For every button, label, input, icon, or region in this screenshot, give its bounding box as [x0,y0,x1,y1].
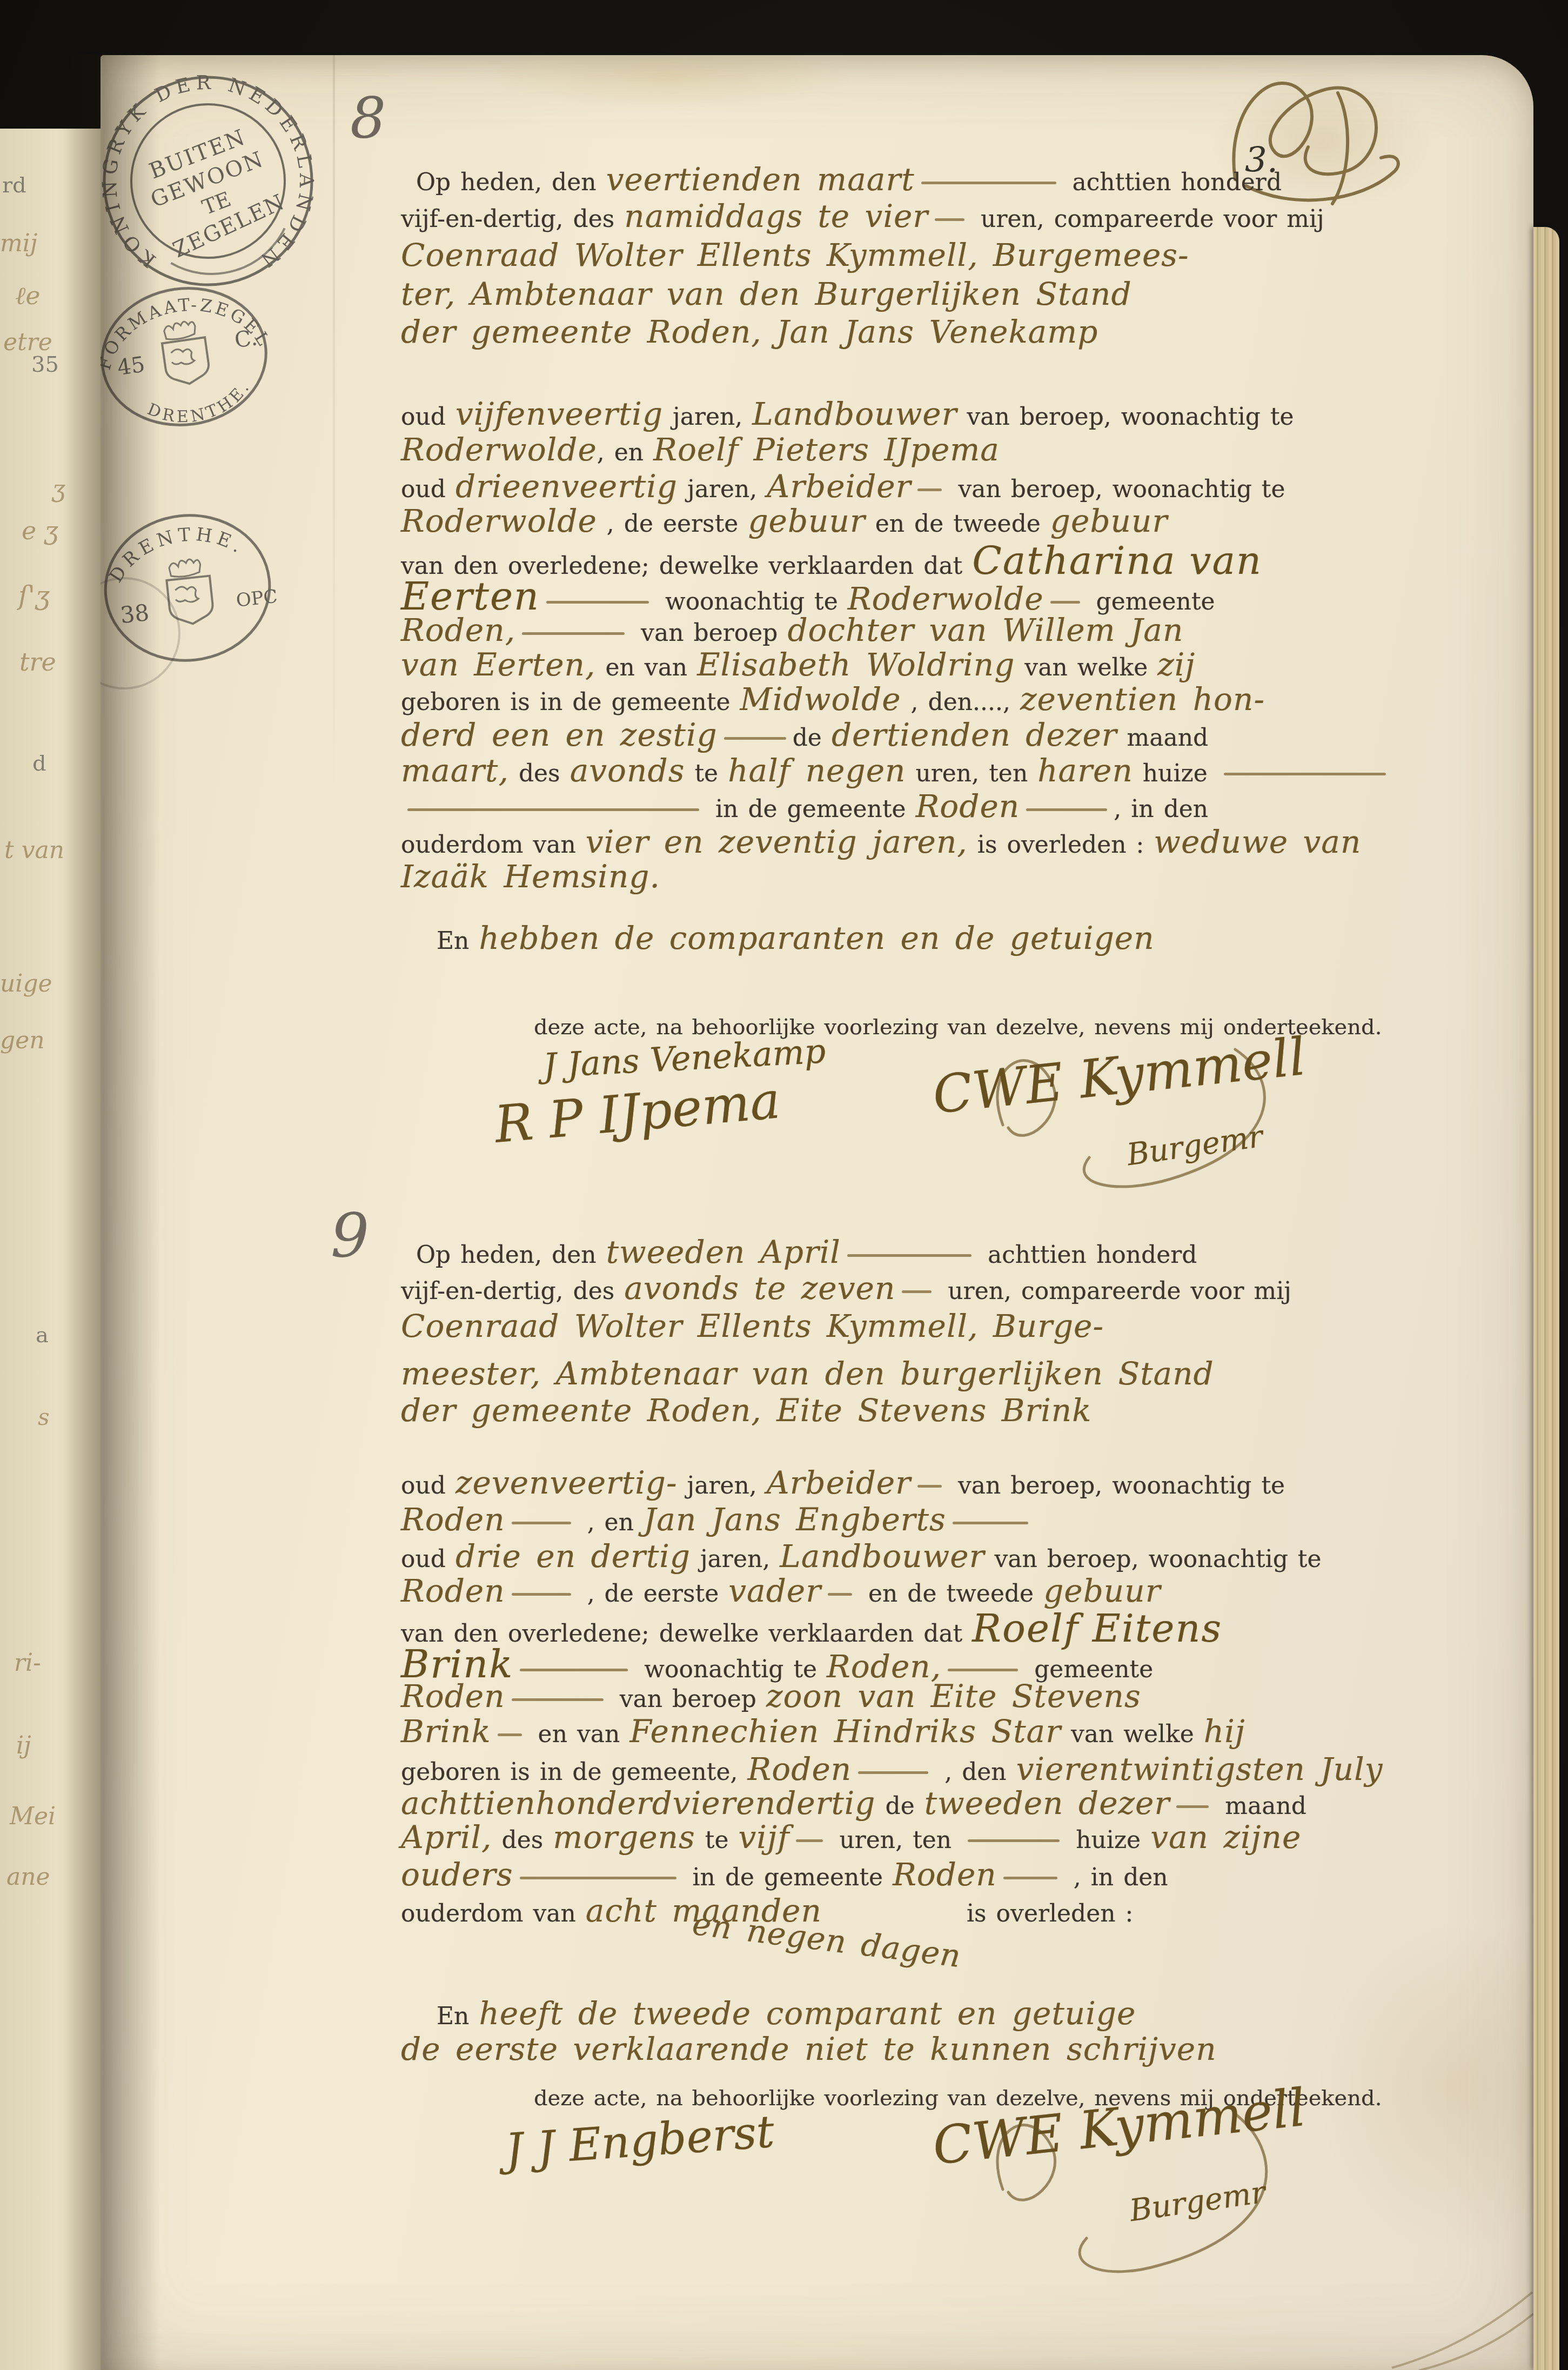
printed-form-text: van beroep, woonachtig te [984,1545,1321,1573]
handwritten-text: Izaäk Hemsing. [401,858,660,895]
entry-9-line-21: de eerste verklaarende niet te kunnen sc… [401,2031,1217,2067]
ink-dash [1026,808,1107,811]
entry-margin-number-9: 9 [331,1201,369,1271]
handwritten-text: heeft de tweede comparant en getuige [479,1995,1136,2032]
printed-form-text: achttien honderd [978,1241,1197,1269]
adjacent-page-fragment: s [38,1404,50,1430]
handwritten-text: Brink [401,1713,491,1750]
adjacent-page-fragment: d [32,751,46,776]
handwritten-text: Roden, [401,612,515,648]
ink-dash [828,1593,852,1596]
handwritten-text: veertienden maart [606,161,915,198]
signature: R P IJpema [492,1071,782,1155]
printed-form-text: jaren, [678,1472,767,1499]
printed-form-text: uren, ten [829,1826,961,1854]
entry-8-line-3: Coenraad Wolter Ellents Kymmell, Burgeme… [401,237,1189,273]
handwritten-text: Roden [748,1751,852,1787]
ink-dash [1050,601,1080,604]
signature: J J Engberst [504,2106,776,2177]
printed-form-text: maand [1215,1792,1306,1820]
entry-9-line-20: En heeft de tweede comparant en getuige [437,1995,1136,2032]
printed-form-text: , de eerste [597,510,748,538]
adjacent-page-fragment: ſ'ʒ [18,581,50,611]
page-stack-edge [1533,227,1559,2370]
ink-dash [917,488,942,491]
printed-form-text: En [437,927,479,955]
handwritten-text: Roderwolde [401,503,597,539]
printed-form-text: van beroep [631,619,787,647]
handwritten-text: zevenveertig- [455,1464,678,1501]
handwritten-text: van Eerten, [401,646,595,683]
handwritten-text: morgens [553,1819,695,1856]
adjacent-page-fragment: Mei [10,1803,56,1830]
register-page: KONINGRYK DER NEDERLANDEN BUITEN GEWOON … [100,55,1533,2370]
ink-dash [512,1698,604,1701]
handwritten-text: Coenraad Wolter Ellents Kymmell, Burgeme… [401,237,1189,273]
printed-form-text: , en [578,1509,644,1536]
entry-9-line-4: meester, Ambtenaar van den burgerlijken … [401,1355,1214,1392]
handwritten-text: Roderwolde [401,431,597,468]
ink-dash [847,1254,971,1257]
ink-dash [520,1877,676,1879]
handwritten-text: avonds [570,752,685,789]
handwritten-text: Jan Jans Engberts [644,1501,946,1538]
ink-dash [902,1290,932,1293]
handwritten-text: namiddags te vier [624,198,928,235]
handwritten-text: Roden [401,1678,505,1715]
ink-dash [935,218,964,221]
entry-8-line-14: geboren is in de gemeente Midwolde , den… [401,681,1265,718]
ink-dash [968,1839,1060,1842]
stamp-value: 45 [116,352,146,381]
handwritten-text: der gemeente Roden, Eite Stevens Brink [401,1392,1091,1429]
printed-form-text: , en [597,439,653,466]
printed-form-text: jaren, [678,476,767,503]
printed-form-text: van welke [1061,1720,1204,1748]
handwritten-text: vijf [739,1819,790,1856]
handwritten-text: Fennechien Hindriks Star [629,1713,1061,1750]
printed-form-text: geboren is in de gemeente, [401,1758,748,1786]
handwritten-text: de eerste verklaarende niet te kunnen sc… [401,2031,1217,2067]
handwritten-text: vier en zeventig jaren, [586,824,968,860]
printed-form-text: uren, compareerde voor mij [938,1277,1291,1305]
printed-form-text: vijf-en-dertig, des [401,205,624,233]
printed-form-text: des [492,1826,553,1854]
entry-9-line-3: Coenraad Wolter Ellents Kymmell, Burge- [401,1308,1104,1344]
ink-dash [948,1669,1018,1671]
printed-form-text: van beroep, woonachtig te [948,1472,1285,1499]
adjacent-page-fragment: e ʒ [22,516,58,545]
printed-form-text: en van [528,1720,630,1748]
ink-dash [512,1593,571,1596]
entry-8-line-8: oud drieenveertig jaren, Arbeider van be… [401,468,1285,505]
facing-page-sliver [0,129,100,2370]
entry-9-line-15: achttienhonderdvierendertig de tweeden d… [401,1785,1306,1822]
handwritten-text: ouders [401,1856,513,1893]
handwritten-text: zij [1157,646,1195,683]
ink-dash [953,1522,1028,1524]
printed-form-text: jaren, [691,1545,780,1573]
ink-dash [512,1522,571,1524]
entry-9-line-9: Roden , de eerste vader en de tweede geb… [401,1572,1161,1609]
stamp-formaat-zegel: FORMAAT-ZEGEL. DRENTHE. 45 C. [100,270,283,445]
printed-form-text: van beroep, woonachtig te [948,476,1285,503]
printed-form-text: de [793,724,832,752]
adjacent-page-fragment: ri- [14,1649,41,1677]
entry-9-line-5: der gemeente Roden, Eite Stevens Brink [401,1392,1091,1429]
printed-form-text: van beroep [610,1685,766,1713]
printed-form-text: , den...., [901,688,1020,716]
entry-8-line-7: Roderwolde, en Roelf Pieters IJpema [401,431,1000,468]
handwritten-text: gebuur [748,503,865,539]
svg-text:DRENTHE.: DRENTHE. [100,518,253,588]
handwritten-text: Roden [401,1501,505,1538]
handwritten-text: weduwe van [1154,824,1361,860]
handwritten-text: tweeden dezer [924,1785,1170,1822]
handwritten-text: Arbeider [767,1464,911,1501]
printed-form-text: en de tweede [866,510,1050,538]
adjacent-page-fragment: ane [6,1863,50,1891]
printed-form-text: is overleden : [968,831,1154,859]
printed-form-text: oud [401,403,455,431]
entry-8-line-20: En hebben de comparanten en de getuigen [437,920,1155,956]
svg-text:DRENTHE.: DRENTHE. [141,375,259,432]
printed-form-text: en van [595,654,697,681]
entry-9-line-7: Roden , en Jan Jans Engberts [401,1501,1035,1538]
handwritten-text: half negen [728,752,906,789]
adjacent-page-fragment: ij [16,1732,31,1759]
entry-9-line-2: vijf-en-dertig, des avonds te zeven uren… [401,1270,1291,1307]
printed-form-text: ouderdom van [401,831,586,859]
handwritten-text: dochter van Willem Jan [787,612,1183,648]
ink-dash [858,1771,928,1774]
handwritten-text: hij [1204,1713,1245,1750]
entry-8-line-12: Roden, van beroep dochter van Willem Jan [401,612,1183,648]
handwritten-text: gebuur [1043,1572,1161,1609]
stamp-value: OPC [235,586,279,612]
adjacent-page-fragment: ʒ [52,476,65,503]
entry-9-line-13: Brink en van Fennechien Hindriks Star va… [401,1713,1245,1750]
handwritten-text: hebben de comparanten en de getuigen [479,920,1154,956]
handwritten-text: derd een en zestig [401,717,718,753]
handwritten-text: maart, [401,752,509,789]
stamp-arc-text: DRENTHE. [141,375,259,432]
entry-8-line-1: Op heden, den veertienden maart achttien… [416,161,1282,198]
printed-form-text: jaren, [663,403,752,431]
paper-stain [479,55,857,109]
printed-form-text: oud [401,1545,455,1573]
printed-form-text: des [509,760,570,787]
printed-form-text: vijf-en-dertig, des [401,1277,624,1305]
handwritten-text: gebuur [1050,503,1168,539]
entry-8-line-4: ter, Ambtenaar van den Burgerlijken Stan… [401,276,1132,312]
entry-8-line-16: maart, des avonds te half negen uren, te… [401,752,1392,789]
printed-form-text: Op heden, den [416,169,606,196]
handwritten-text: avonds te zeven [624,1270,895,1307]
handwritten-text: Coenraad Wolter Ellents Kymmell, Burge- [401,1308,1104,1344]
ink-dash [1224,773,1386,775]
handwritten-text: April, [401,1819,492,1856]
handwritten-text: tweeden April [606,1234,841,1270]
entry-8-line-6: oud vijfenveertig jaren, Landbouwer van … [401,396,1294,432]
printed-form-text: , in den [1064,1864,1168,1891]
ink-dash [407,808,699,811]
handwritten-text: achttienhonderdvierendertig [401,1785,876,1822]
entry-8-line-15: derd een en zestigde dertienden dezer ma… [401,717,1208,753]
ink-dash [796,1839,823,1842]
entry-8-line-9: Roderwolde , de eerste gebuur en de twee… [401,503,1168,539]
entry-margin-number-8: 8 [350,85,386,151]
handwritten-text: drieenveertig [455,468,678,505]
adjacent-page-fragment: rd [2,173,26,198]
stamp-drenthe-38: DRENTHE. 38 OPC [100,499,285,677]
printed-form-text: geboren is in de gemeente [401,688,740,716]
handwritten-text: vader [728,1572,821,1609]
entry-8-line-19: Izaäk Hemsing. [401,858,660,895]
handwritten-text: zeventien hon- [1020,681,1265,718]
adjacent-page-fragment: 35 [31,352,59,377]
ink-dash [917,1485,942,1488]
adjacent-page-fragment: uige [0,970,52,997]
printed-form-text: ouderdom van [401,1900,586,1927]
printed-form-text: in de gemeente [683,1864,893,1891]
entry-9-line-12: Roden van beroep zoon van Eite Stevens [401,1678,1141,1715]
adjacent-page-fragment: ℓe [15,281,40,310]
printed-form-text: de [876,1792,924,1820]
handwritten-text: Roden [893,1856,997,1893]
adjacent-page-fragment: tre [19,647,56,677]
handwritten-text: vijfenveertig [455,396,663,432]
printed-form-text: maand [1117,724,1209,752]
handwritten-text: meester, Ambtenaar van den burgerlijken … [401,1355,1214,1392]
printed-form-text: achttien honderd [1063,169,1282,196]
printed-form-text: Op heden, den [416,1241,606,1269]
handwritten-text: dertienden dezer [832,717,1117,753]
ink-dash [520,1669,628,1671]
ink-dash [724,737,786,740]
printed-form-text: , den [935,1758,1016,1786]
entry-8-line-13: van Eerten, en van Elisabeth Woldring va… [401,646,1195,683]
entry-8-line-17: in de gemeente Roden, in den [401,788,1208,825]
entry-8-line-2: vijf-en-dertig, des namiddags te vier ur… [401,198,1324,235]
handwritten-text: Landbouwer [752,396,957,432]
printed-form-text: uren, compareerde voor mij [971,205,1324,233]
ink-dash [1176,1805,1209,1808]
handwritten-text: Elisabeth Woldring [697,646,1015,683]
printed-form-text: , de eerste [578,1580,729,1608]
handwritten-text: Roden [916,788,1020,825]
adjacent-page-fragment: gen [0,1027,45,1054]
ink-dash [921,182,1056,184]
handwritten-text: drie en dertig [455,1538,691,1575]
handwritten-text: Landbouwer [780,1538,984,1575]
entry-9-line-16: April, des morgens te vijf uren, ten hui… [401,1819,1301,1856]
printed-form-text: in de gemeente [706,795,916,823]
handwritten-text: Roden [401,1572,505,1609]
printed-form-text: huize [1133,760,1217,787]
printed-form-text: uren, ten [906,760,1037,787]
ink-dash [546,601,649,604]
printed-form-text: En [437,2003,479,2030]
ink-dash [1003,1877,1057,1879]
entry-9-line-8: oud drie en dertig jaren, Landbouwer van… [401,1538,1322,1575]
printed-form-text: en de tweede [859,1580,1043,1608]
printed-form-text: , in den [1114,795,1208,823]
crease-line [333,55,335,812]
handwritten-text: ter, Ambtenaar van den Burgerlijken Stan… [401,276,1132,312]
handwritten-text: zoon van Eite Stevens [766,1678,1141,1715]
ink-dash [522,632,625,635]
handwritten-text: haren [1037,752,1133,789]
entry-8-line-5: der gemeente Roden, Jan Jans Venekamp [401,313,1098,350]
printed-form-text: te [695,1826,739,1854]
printed-form-text: van beroep, woonachtig te [957,403,1294,431]
handwritten-text: vierentwintigsten July [1016,1751,1383,1787]
stamp-value: 38 [119,599,150,628]
handwritten-text: Roelf Pieters IJpema [653,431,1000,468]
stamp-value: C. [233,325,259,353]
adjacent-page-fragment: mij [0,230,37,257]
printed-form-text: is overleden : [957,1900,1134,1927]
stamp-arc-text: DRENTHE. [100,518,253,588]
entry-9-line-1: Op heden, den tweeden April achttien hon… [416,1234,1197,1270]
printed-form-text: te [685,760,728,787]
entry-8-line-18: ouderdom van vier en zeventig jaren, is … [401,824,1361,860]
entry-9-line-6: oud zevenveertig- jaren, Arbeider van be… [401,1464,1285,1501]
handwritten-text: Arbeider [767,468,911,505]
printed-form-text: van welke [1015,654,1157,681]
adjacent-page-fragment: t van [4,836,64,864]
printed-form-text: huize [1066,1826,1150,1854]
handwritten-text: der gemeente Roden, Jan Jans Venekamp [401,313,1098,350]
handwritten-text: Midwolde [740,681,901,718]
entry-9-line-14: geboren is in de gemeente, Roden , den v… [401,1751,1383,1787]
adjacent-page-fragment: a [36,1323,49,1348]
ink-dash [498,1733,522,1736]
handwritten-text: van zijne [1150,1819,1301,1856]
entry-9-line-17: ouders in de gemeente Roden , in den [401,1856,1168,1893]
page-curl [1386,2281,1533,2370]
printed-form-text: oud [401,1472,455,1499]
printed-form-text: oud [401,476,455,503]
